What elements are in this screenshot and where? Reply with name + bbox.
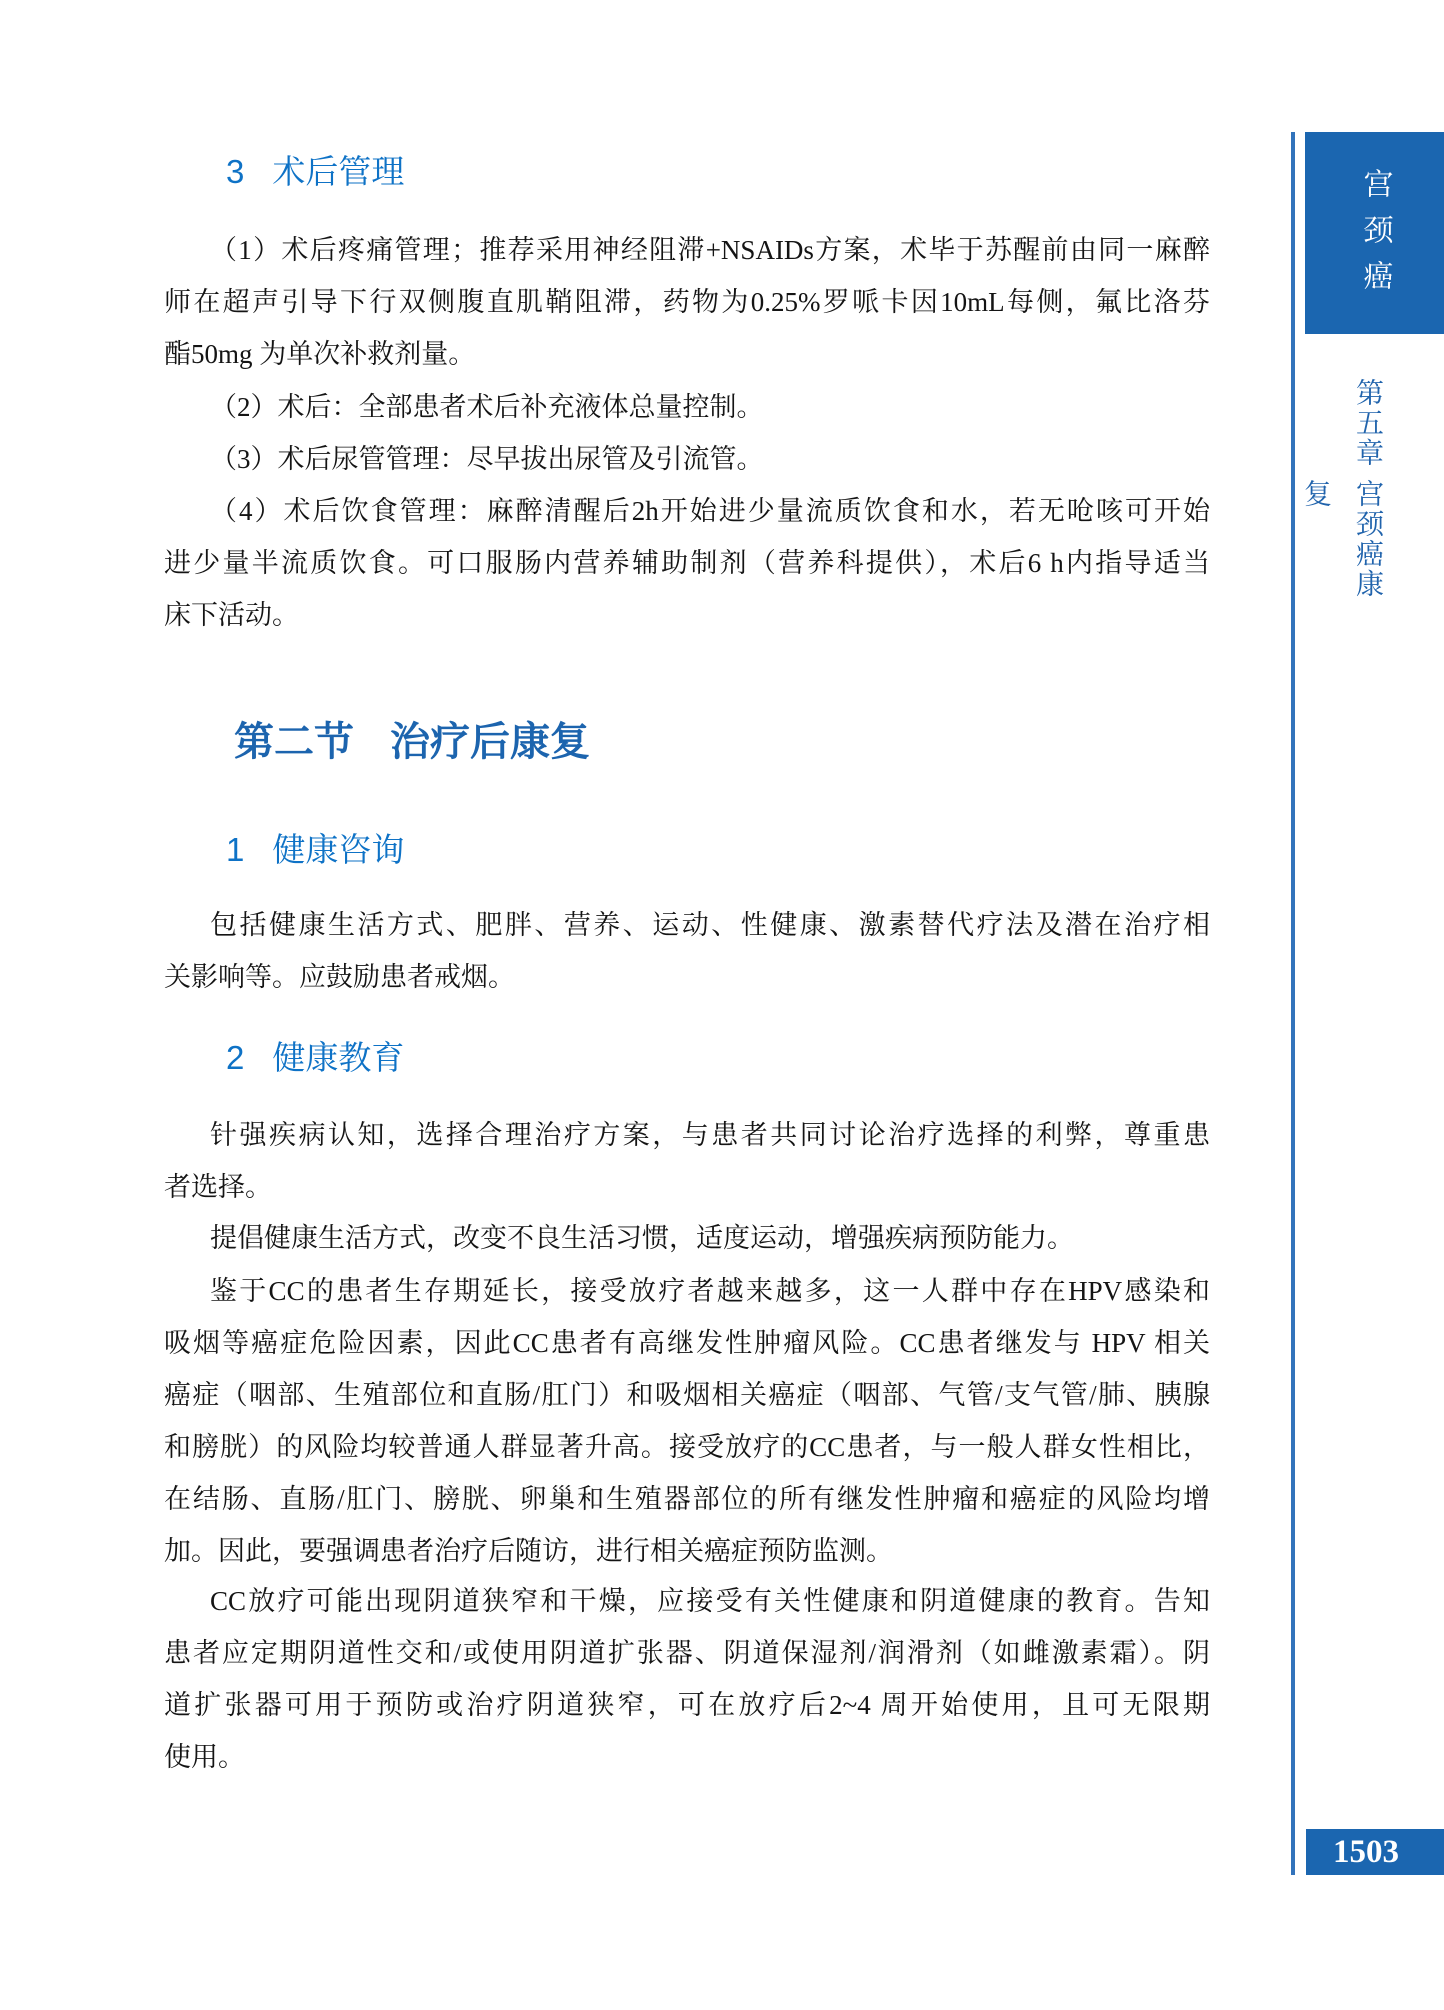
text-line: 吸烟等癌症危险因素，因此CC患者有高继发性肿瘤风险。CC患者继发与 HPV 相关 bbox=[164, 1317, 1210, 1369]
sidebar-divider-line bbox=[1291, 132, 1295, 1875]
chapter-tab: 宫颈癌 bbox=[1305, 132, 1444, 334]
heading-number: 1 bbox=[226, 831, 244, 868]
text-line: （4）术后饮食管理：麻醉清醒后2h开始进少量流质饮食和水，若无呛咳可开始 bbox=[164, 485, 1210, 537]
subsection-heading-postop: 3术后管理 bbox=[164, 150, 1272, 194]
text-line: 癌症（咽部、生殖部位和直肠/肛门）和吸烟相关癌症（咽部、气管/支气管/肺、胰腺 bbox=[164, 1369, 1210, 1421]
paragraph-postop-diet: （4）术后饮食管理：麻醉清醒后2h开始进少量流质饮食和水，若无呛咳可开始进少量半… bbox=[164, 485, 1210, 641]
paragraph-disease-awareness: 针强疾病认知，选择合理治疗方案，与患者共同讨论治疗选择的利弊，尊重患者选择。 bbox=[164, 1109, 1210, 1213]
paragraph-vaginal-health: CC放疗可能出现阴道狭窄和干燥，应接受有关性健康和阴道健康的教育。告知患者应定期… bbox=[164, 1575, 1210, 1783]
sidebar-chapter-title: 宫颈癌康复 bbox=[1341, 479, 1393, 619]
text-line: （3）术后尿管管理：尽早拔出尿管及引流管。 bbox=[164, 433, 1210, 485]
text-line: 提倡健康生活方式，改变不良生活习惯，适度运动，增强疾病预防能力。 bbox=[164, 1212, 1210, 1264]
section-title: 治疗后康复 bbox=[390, 719, 590, 764]
text-line: （2）术后：全部患者术后补充液体总量控制。 bbox=[164, 381, 1210, 433]
heading-title: 健康教育 bbox=[272, 1039, 404, 1076]
paragraph-secondary-cancer-risk: 鉴于CC的患者生存期延长，接受放疗者越来越多，这一人群中存在HPV感染和吸烟等癌… bbox=[164, 1265, 1210, 1577]
subsection-heading-education: 2健康教育 bbox=[164, 1036, 1272, 1080]
page-number-box: 1503 bbox=[1306, 1829, 1444, 1875]
paragraph-postop-fluid: （2）术后：全部患者术后补充液体总量控制。 bbox=[164, 381, 1210, 433]
paragraph-health-consult: 包括健康生活方式、肥胖、营养、运动、性健康、激素替代疗法及潜在治疗相关影响等。应… bbox=[164, 899, 1210, 1003]
text-line: （1）术后疼痛管理；推荐采用神经阻滞+NSAIDs方案，术毕于苏醒前由同一麻醉 bbox=[164, 224, 1210, 276]
text-line: 在结肠、直肠/肛门、膀胱、卵巢和生殖器部位的所有继发性肿瘤和癌症的风险均增 bbox=[164, 1473, 1210, 1525]
text-line: 针强疾病认知，选择合理治疗方案，与患者共同讨论治疗选择的利弊，尊重患 bbox=[164, 1109, 1210, 1161]
text-line: 加。因此，要强调患者治疗后随访，进行相关癌症预防监测。 bbox=[164, 1525, 1210, 1577]
heading-title: 术后管理 bbox=[272, 153, 404, 190]
paragraph-postop-pain: （1）术后疼痛管理；推荐采用神经阻滞+NSAIDs方案，术毕于苏醒前由同一麻醉师… bbox=[164, 224, 1210, 380]
text-line: 患者应定期阴道性交和/或使用阴道扩张器、阴道保湿剂/润滑剂（如雌激素霜）。阴 bbox=[164, 1627, 1210, 1679]
text-line: 关影响等。应鼓励患者戒烟。 bbox=[164, 951, 1210, 1003]
text-line: 师在超声引导下行双侧腹直肌鞘阻滞，药物为0.25%罗哌卡因10mL每侧，氟比洛芬 bbox=[164, 276, 1210, 328]
page-number: 1503 bbox=[1333, 1829, 1399, 1875]
text-line: CC放疗可能出现阴道狭窄和干燥，应接受有关性健康和阴道健康的教育。告知 bbox=[164, 1575, 1210, 1627]
heading-number: 2 bbox=[226, 1039, 244, 1076]
paragraph-healthy-lifestyle: 提倡健康生活方式，改变不良生活习惯，适度运动，增强疾病预防能力。 bbox=[164, 1212, 1210, 1264]
section-heading: 第二节治疗后康复 bbox=[164, 718, 1280, 766]
text-line: 床下活动。 bbox=[164, 589, 1210, 641]
text-line: 者选择。 bbox=[164, 1161, 1210, 1213]
subsection-heading-consult: 1健康咨询 bbox=[164, 828, 1272, 872]
chapter-tab-label: 宫颈癌 bbox=[1360, 160, 1390, 306]
sidebar-chapter-number: 第五章 bbox=[1341, 378, 1393, 478]
text-line: 包括健康生活方式、肥胖、营养、运动、性健康、激素替代疗法及潜在治疗相 bbox=[164, 899, 1210, 951]
text-line: 道扩张器可用于预防或治疗阴道狭窄，可在放疗后2~4 周开始使用，且可无限期 bbox=[164, 1679, 1210, 1731]
book-page: 3术后管理 （1）术后疼痛管理；推荐采用神经阻滞+NSAIDs方案，术毕于苏醒前… bbox=[0, 0, 1444, 2010]
text-line: 使用。 bbox=[164, 1731, 1210, 1783]
heading-number: 3 bbox=[226, 153, 244, 190]
text-line: 鉴于CC的患者生存期延长，接受放疗者越来越多，这一人群中存在HPV感染和 bbox=[164, 1265, 1210, 1317]
section-label: 第二节 bbox=[234, 719, 354, 764]
text-line: 进少量半流质饮食。可口服肠内营养辅助制剂（营养科提供），术后6 h内指导适当 bbox=[164, 537, 1210, 589]
heading-title: 健康咨询 bbox=[272, 831, 404, 868]
text-line: 酯50mg 为单次补救剂量。 bbox=[164, 328, 1210, 380]
paragraph-postop-catheter: （3）术后尿管管理：尽早拔出尿管及引流管。 bbox=[164, 433, 1210, 485]
text-line: 和膀胱）的风险均较普通人群显著升高。接受放疗的CC患者，与一般人群女性相比， bbox=[164, 1421, 1210, 1473]
